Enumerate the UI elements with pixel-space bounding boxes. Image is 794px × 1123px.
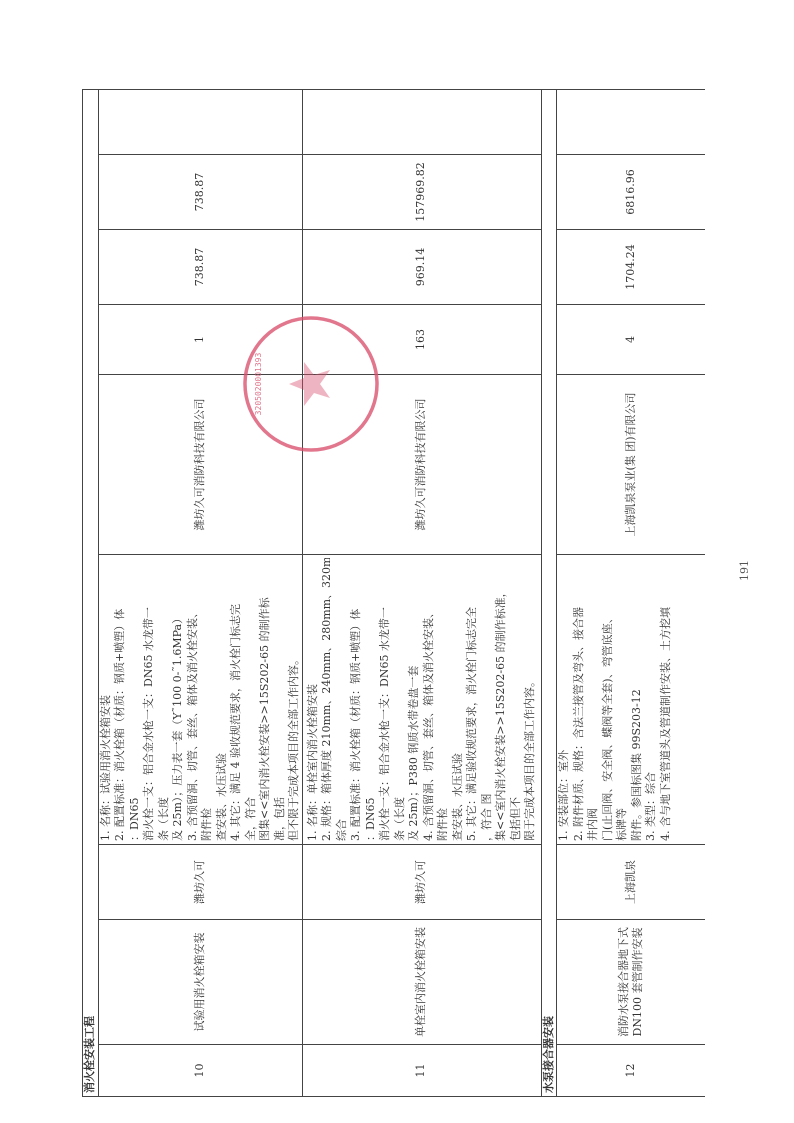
manufacturer: 潍坊久可消防科技有限公司 — [302, 375, 541, 555]
quantity: 163 — [302, 305, 541, 375]
description-line: 消火栓一支：铝合金水枪一支：DN65 水龙带一 — [142, 558, 157, 841]
description-line: 准，包括 — [273, 558, 288, 841]
remarks — [557, 89, 706, 154]
row-number: 11 — [302, 1045, 541, 1097]
description-line: 附件。参国标图集 99S203-12 — [630, 558, 645, 841]
seal-icon: 3205020001393 — [311, 384, 312, 385]
row-number: 10 — [98, 1045, 302, 1097]
description-line: 集<<室内消火栓安装>>15S202-65 的制作标准， — [494, 558, 509, 841]
description-line: 条（长度 — [393, 558, 408, 841]
svg-text:3205020001393: 3205020001393 — [254, 353, 263, 416]
section-header-row: 消火栓安装工程 — [83, 89, 99, 1096]
description-line: 附件检 — [200, 558, 215, 841]
unit-price: 1704.24 — [557, 230, 706, 305]
description-line: 附件检 — [436, 558, 451, 841]
section-title: 水泵接合器安装 — [541, 89, 557, 1096]
brand: 上海凯泉 — [557, 845, 706, 920]
item-name: 试验用消火栓箱安装 — [98, 920, 302, 1045]
description-line: 查安装、水压试验 — [451, 558, 466, 841]
description-line: 但不限于完成本项目的全部工作内容。 — [287, 558, 302, 841]
description-line: 包括但不 — [509, 558, 524, 841]
description-line: 5. 其它：满足验收规范要求，消火栓门标志完全 — [465, 558, 480, 841]
page-number: 191 — [738, 560, 751, 581]
quantity: 4 — [557, 305, 706, 375]
description-line: ：DN65 — [364, 558, 379, 841]
description-line: 综合 — [335, 558, 350, 841]
item-description: 1. 安装部位：室外2. 附件材质、规格：含法兰接管及弯头、接合器井内阀门(止回… — [557, 555, 706, 845]
description-line: 图集<<室内消火栓安装>>15S202-65 的制作标 — [258, 558, 273, 841]
description-line: 井内阀 — [586, 558, 601, 841]
description-line: 条（长度 — [157, 558, 172, 841]
total-price: 738.87 — [98, 155, 302, 230]
unit-price: 738.87 — [98, 230, 302, 305]
description-line: 标牌等 — [615, 558, 630, 841]
row-number: 12 — [557, 1045, 706, 1097]
table-row: 12 消防水泵接合器地下式 DN100 套管制作安装 上海凯泉 1. 安装部位：… — [557, 89, 706, 1096]
item-description: 1. 名称：试验用消火栓箱安装2. 配置标准：消火栓箱（材质：钢质+喷塑）体：D… — [98, 555, 302, 845]
item-name: 单栓室内消火栓箱安装 — [302, 920, 541, 1045]
manufacturer: 潍坊久可消防科技有限公司 — [98, 375, 302, 555]
description-line: 及 25m）；压力表一套（Y˜100 0-˜1.6MPa） — [171, 558, 186, 841]
description-line: 3. 类型：综合 — [644, 558, 659, 841]
item-description: 1. 名称：单栓室内消火栓箱安装2. 规格：箱体厚度 210mm、240mm、2… — [302, 555, 541, 845]
remarks — [302, 89, 541, 154]
bill-of-quantities-table: 消火栓安装工程 10 试验用消火栓箱安装 潍坊久可 1. 名称：试验用消火栓箱安… — [82, 89, 705, 1097]
description-line: 2. 规格：箱体厚度 210mm、240mm、280mm、320mm — [320, 558, 335, 841]
remarks — [98, 89, 302, 154]
section-header-row: 水泵接合器安装 — [541, 89, 557, 1096]
total-price: 6816.96 — [557, 155, 706, 230]
description-line: 及 25m）；P380 钢质水带卷盘一套 — [407, 558, 422, 841]
description-line: 4. 含与地下室管道头及管道制作安装、土方挖填 — [659, 558, 674, 841]
manufacturer: 上海凯泉泵业(集 团)有限公司 — [557, 375, 706, 555]
description-line: 4. 含预留洞、切管、套丝、箱体及消火栓安装、 — [422, 558, 437, 841]
description-line: 限于完成本项目的全部工作内容。 — [523, 558, 538, 841]
description-line: 4. 其它：满足 4 验收规范要求，消火栓门标志完 — [229, 558, 244, 841]
description-line: 3. 含预留洞、切管、套丝、箱体及消火栓安装、 — [186, 558, 201, 841]
description-line: 全，符合 — [244, 558, 259, 841]
description-line: 2. 附件材质、规格：含法兰接管及弯头、接合器 — [572, 558, 587, 841]
description-line: 1. 名称：单栓室内消火栓箱安装 — [306, 558, 321, 841]
item-name: 消防水泵接合器地下式 DN100 套管制作安装 — [557, 920, 706, 1045]
quantity: 1 — [98, 305, 302, 375]
brand: 潍坊久可 — [98, 845, 302, 920]
rotated-table-sheet: 消火栓安装工程 10 试验用消火栓箱安装 潍坊久可 1. 名称：试验用消火栓箱安… — [82, 90, 695, 1097]
description-line: 1. 安装部位：室外 — [557, 558, 572, 841]
description-line: ，符合 图 — [480, 558, 495, 841]
description-line: 消火栓一支：铝合金水枪一支：DN65 水龙带一 — [378, 558, 393, 841]
description-line: 门(止回阀、安全阀、蝶阀等全套)、弯管底座、 — [601, 558, 616, 841]
description-line: 3. 配置标准：消火栓箱（材质：钢质+喷塑）体 — [349, 558, 364, 841]
brand: 潍坊久可 — [302, 845, 541, 920]
description-line: 查安装、水压试验 — [215, 558, 230, 841]
table-row: 11 单栓室内消火栓箱安装 潍坊久可 1. 名称：单栓室内消火栓箱安装2. 规格… — [302, 89, 541, 1096]
table-row: 10 试验用消火栓箱安装 潍坊久可 1. 名称：试验用消火栓箱安装2. 配置标准… — [98, 89, 302, 1096]
description-line: 2. 配置标准：消火栓箱（材质：钢质+喷塑）体 — [113, 558, 128, 841]
description-line: 1. 名称：试验用消火栓箱安装 — [99, 558, 114, 841]
description-line: ：DN65 — [128, 558, 143, 841]
total-price: 157969.82 — [302, 155, 541, 230]
unit-price: 969.14 — [302, 230, 541, 305]
section-title: 消火栓安装工程 — [83, 89, 99, 1096]
